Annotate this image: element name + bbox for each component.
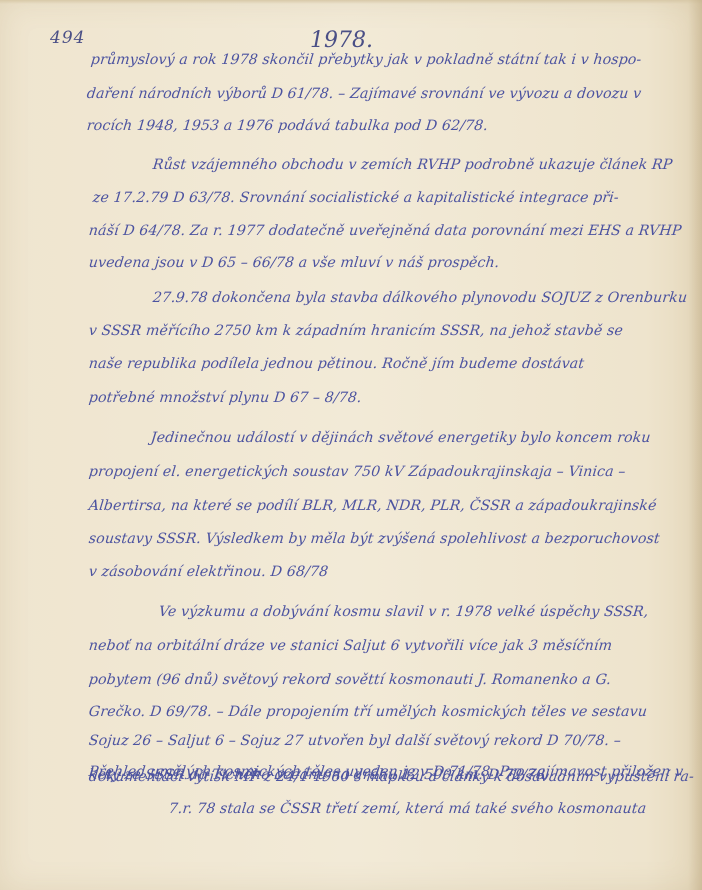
text-line: Růst vzájemného obchodu v zemích RVHP po… xyxy=(152,157,673,173)
page-number: 494 xyxy=(50,28,85,48)
notebook-page: 494 1978. průmyslový a rok 1978 skončil … xyxy=(0,0,702,890)
text-line: pobytem (96 dnů) světový rekord sověttí … xyxy=(88,672,612,688)
text-line: 7.r. 78 stala se ČSSR třetí zemí, která … xyxy=(168,801,647,817)
text-line: v SSSR měřícího 2750 km k západním hrani… xyxy=(88,323,624,339)
text-line: průmyslový a rok 1978 skončil přebytky j… xyxy=(90,52,642,68)
page-edge-shadow xyxy=(688,0,702,890)
text-line: Sojuz 26 – Saljut 6 – Sojuz 27 utvořen b… xyxy=(88,733,622,749)
text-line: rocích 1948, 1953 a 1976 podává tabulka … xyxy=(86,118,489,134)
text-line: kety ze SSSR do Tichého oceánu na dráhu … xyxy=(88,767,546,783)
text-line: daření národních výborů D 61/78. – Zajím… xyxy=(86,86,642,102)
text-line: Albertirsa, na které se podílí BLR, MLR,… xyxy=(88,498,657,514)
text-line: naše republika podílela jednou pětinou. … xyxy=(88,356,585,372)
text-line: náší D 64/78. Za r. 1977 dodatečně uveře… xyxy=(88,223,682,239)
text-line: Grečko. D 69/78. – Dále propojením tří u… xyxy=(88,704,648,720)
text-line: 27.9.78 dokončena byla stavba dálkového … xyxy=(152,290,688,306)
page-year-heading: 1978. xyxy=(310,28,373,53)
text-line: uvedena jsou v D 65 – 66/78 a vše mluví … xyxy=(88,255,500,271)
text-line: potřebné množství plynu D 67 – 8/78. xyxy=(88,390,362,406)
text-line: ze 17.2.79 D 63/78. Srovnání socialistic… xyxy=(92,190,620,206)
text-line: Jedinečnou událostí v dějinách světové e… xyxy=(150,430,651,446)
text-line: neboť na orbitální dráze ve stanici Salj… xyxy=(88,638,613,654)
text-line: v zásobování elektřinou. D 68/78 xyxy=(88,564,329,580)
text-line: Ve výzkumu a dobývání kosmu slavil v r. … xyxy=(158,604,649,620)
text-line: soustavy SSSR. Výsledkem by měla být zvý… xyxy=(88,531,661,547)
text-line: propojení el. energetických soustav 750 … xyxy=(88,464,626,480)
